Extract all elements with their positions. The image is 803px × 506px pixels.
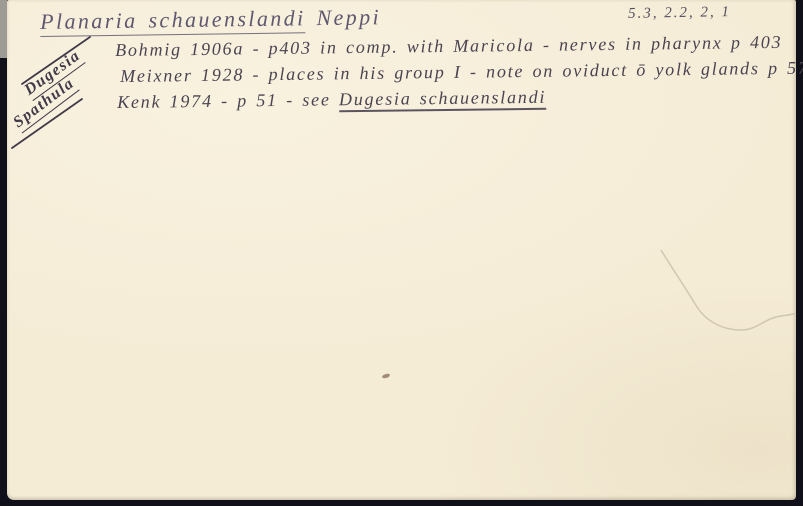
title-spacer	[305, 5, 316, 30]
ink-speck	[382, 373, 391, 379]
index-card: Planaria schauenslandi Neppi 5.3, 2.2, 2…	[7, 0, 796, 500]
note-text: Meixner 1928 - places in his group I - n…	[120, 57, 803, 86]
species-name: Planaria schauenslandi	[40, 5, 306, 37]
note-cross-reference: Dugesia schauenslandi	[339, 87, 547, 113]
scanned-card-photo: Planaria schauenslandi Neppi 5.3, 2.2, 2…	[0, 0, 803, 506]
page-title: Planaria schauenslandi Neppi	[40, 4, 381, 35]
catalog-number: 5.3, 2.2, 2, 1	[628, 4, 731, 23]
note-text: Bohmig 1906a - p403 in comp. with Marico…	[115, 32, 783, 60]
note-line-meixner: Meixner 1928 - places in his group I - n…	[120, 57, 803, 87]
note-line-bohmig: Bohmig 1906a - p403 in comp. with Marico…	[115, 32, 783, 61]
card-edge-highlight	[0, 0, 7, 58]
species-author: Neppi	[316, 4, 381, 30]
note-line-kenk: Kenk 1974 - p 51 - see Dugesia schauensl…	[117, 87, 546, 113]
note-text: Kenk 1974 - p 51 - see	[117, 89, 339, 112]
